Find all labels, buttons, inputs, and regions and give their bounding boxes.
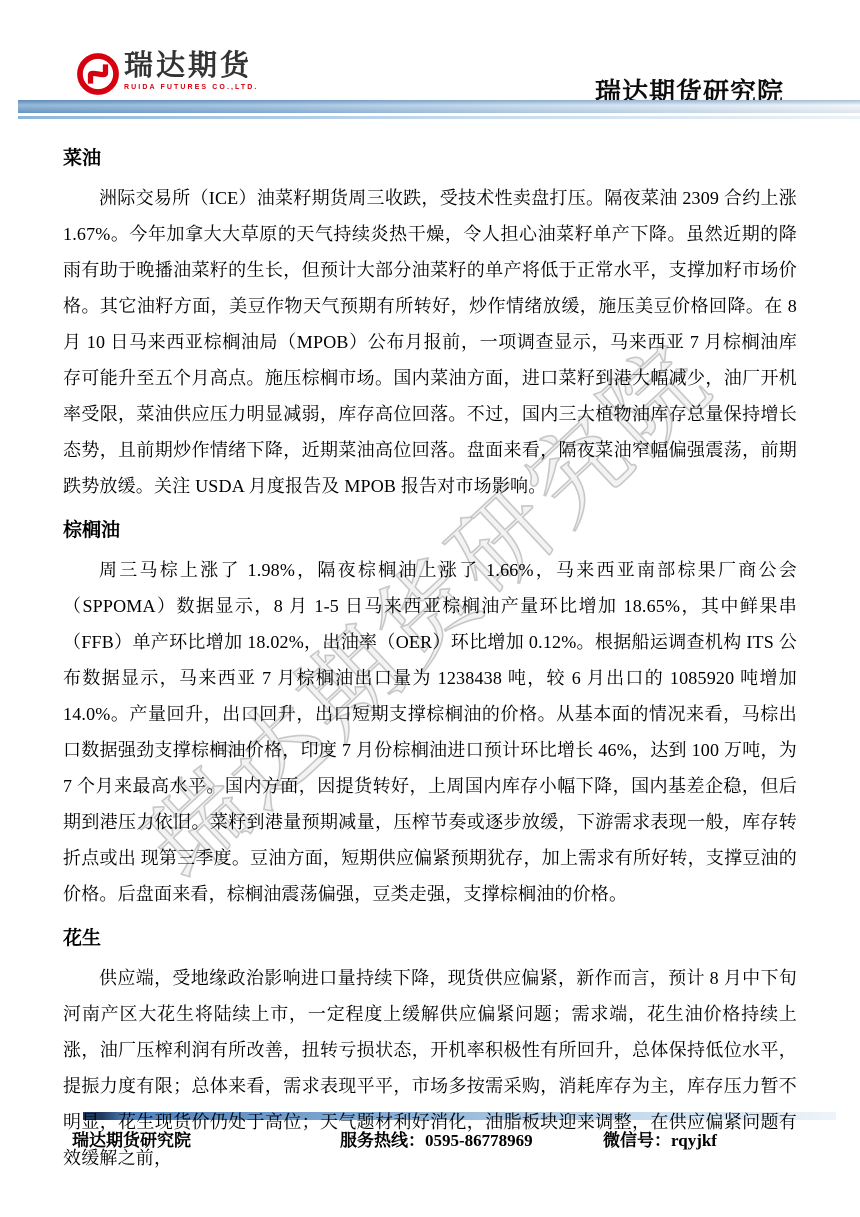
section-paragraph-peanut: 供应端，受地缘政治影响进口量持续下降，现货供应偏紧，新作而言，预计 8 月中下旬… (63, 960, 797, 1176)
brand-logo-subtitle: RUIDA FUTURES CO.,LTD. (124, 84, 258, 91)
brand-logo: 瑞达期货 RUIDA FUTURES CO.,LTD. (76, 50, 258, 96)
brand-logo-name: 瑞达期货 (124, 50, 258, 82)
section-title-rapeseed-oil: 菜油 (63, 146, 797, 172)
brand-logo-icon (76, 52, 120, 96)
document-body: 菜油 洲际交易所（ICE）油菜籽期货周三收跌，受技术性卖盘打压。隔夜菜油 230… (63, 146, 797, 1190)
section-paragraph-rapeseed-oil: 洲际交易所（ICE）油菜籽期货周三收跌，受技术性卖盘打压。隔夜菜油 2309 合… (63, 180, 797, 504)
section-paragraph-palm-oil: 周三马棕上涨了 1.98%，隔夜棕榈油上涨了 1.66%，马来西亚南部棕果厂商公… (63, 552, 797, 912)
section-title-peanut: 花生 (63, 926, 797, 952)
report-page: 瑞达期货 RUIDA FUTURES CO.,LTD. 瑞达期货研究院 瑞达期货… (0, 0, 860, 1217)
header-divider-line (18, 116, 860, 119)
header-divider-bar (18, 100, 860, 113)
brand-logo-text: 瑞达期货 RUIDA FUTURES CO.,LTD. (124, 50, 258, 91)
section-title-palm-oil: 棕榈油 (63, 518, 797, 544)
